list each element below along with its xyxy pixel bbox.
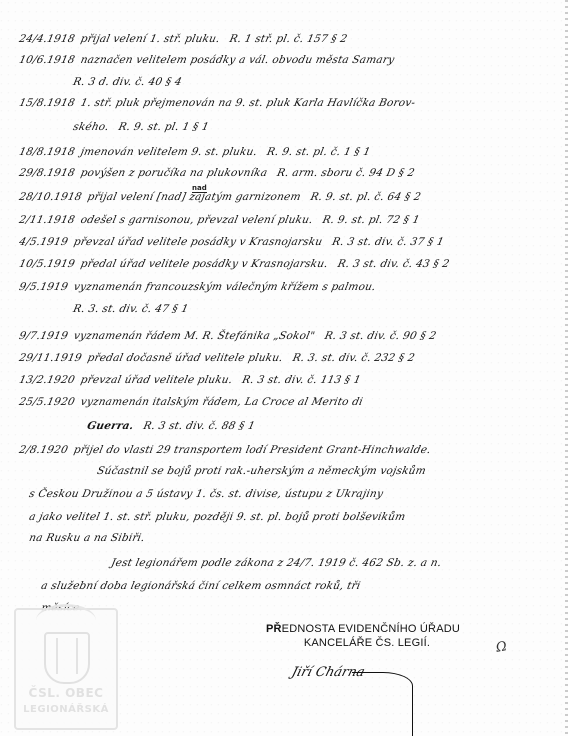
entry-reference: R. 3 st. div. č. 88 § 1: [142, 420, 256, 432]
entry-text: naznačen velitelem posádky a vál. obvodu…: [79, 54, 395, 66]
entry-text: přijal velení [nad] zajatým garnizonem: [86, 191, 302, 203]
entry-date: 2/11.1918: [18, 214, 76, 226]
entry-date: 10/6.1918: [18, 54, 76, 66]
entry-continuation: ského.R. 9. st. pl. 1 § 1: [72, 121, 210, 133]
entry-line: 28/10.1918přijal velení [nad] zajatým ga…: [18, 191, 422, 203]
entry-reference: R. 9. st. pl. 1 § 1: [117, 121, 210, 133]
narrative-line: Súčastnil se bojů proti rak.-uherským a …: [96, 465, 427, 477]
stamp-line-1: PŘEDNOSTA EVIDENČNÍHO ÚŘADU: [254, 622, 472, 636]
entry-date: 9/5.1919: [18, 281, 69, 293]
entry-date: 18/8.1918: [18, 146, 76, 158]
watermark-text: ČSL. OBEC: [16, 686, 116, 700]
entry-text: ského.: [72, 121, 110, 133]
entry-text: 1. stř. pluk přejmenován na 9. st. pluk …: [79, 97, 416, 109]
entry-text: vyznamenán francouzským válečným křížem …: [73, 281, 377, 293]
entry-text: přijal velení 1. stř. pluku.: [79, 33, 220, 45]
entry-date: 4/5.1919: [18, 236, 69, 248]
stamp-bold-prefix: PŘ: [266, 623, 282, 635]
narrative-line: s Českou Družinou a 5 ústavy 1. čs. st. …: [28, 488, 384, 500]
entry-reference: R. 3 st. div. č. 37 § 1: [331, 236, 445, 248]
signature-flourish: [352, 672, 413, 736]
entry-line: 18/8.1918jmenován velitelem 9. st. pluku…: [18, 146, 372, 158]
entry-line: 2/11.1918odešel s garnisonou, převzal ve…: [18, 214, 421, 226]
entry-line: 29/11.1919předal dočasně úřad velitele p…: [18, 352, 416, 364]
entry-date: 24/4.1918: [18, 33, 76, 45]
entry-text: přijel do vlasti 29 transportem lodí Pre…: [73, 444, 432, 456]
entry-text: převzal úřad velitele pluku.: [79, 374, 233, 386]
entry-line: 9/5.1919vyznamenán francouzským válečným…: [18, 281, 377, 293]
entry-reference: R. 3 st. div. č. 90 § 2: [323, 330, 437, 342]
narrative-line: a jako velitel 1. st. stř. pluku, pozděj…: [28, 511, 407, 523]
entry-text: převzal úřad velitele posádky v Krasnoja…: [73, 236, 324, 248]
stamp-title: EDNOSTA EVIDENČNÍHO ÚŘADU: [282, 623, 460, 635]
entry-line: 29/8.1918povýšen z poručíka na plukovník…: [18, 167, 416, 179]
entry-line: 9/7.1919vyznamenán řádem M. R. Štefánika…: [18, 330, 437, 342]
legion-association-watermark-logo: ČSL. OBEC LEGIONÁŘSKÁ: [14, 608, 118, 730]
entry-text: předal úřad velitele posádky v Krasnojar…: [79, 258, 329, 270]
entry-reference: R. 3 st. div. č. 113 § 1: [241, 374, 362, 386]
entry-date: 29/11.1919: [18, 352, 83, 364]
narrative-line: na Rusku a na Sibiři.: [28, 532, 146, 544]
entry-text: vyznamenán řádem M. R. Štefánika „Sokol": [73, 330, 316, 342]
scanned-document-page: 24/4.1918přijal velení 1. stř. pluku.R. …: [0, 0, 568, 736]
closing-line: Jest legionářem podle zákona z 24/7. 191…: [110, 557, 443, 569]
stamp-line-2: KANCELÁŘE ČS. LEGIÍ.: [262, 636, 472, 650]
entry-text: jmenován velitelem 9. st. pluku.: [79, 146, 258, 158]
entry-text: odešel s garnisonou, převzal velení pluk…: [79, 214, 313, 226]
entry-text: povýšen z poručíka na plukovníka: [79, 167, 268, 179]
entry-line: 10/6.1918naznačen velitelem posádky a vá…: [18, 54, 396, 66]
watermark-text: LEGIONÁŘSKÁ: [16, 704, 116, 715]
entry-text: vyznamenán italským řádem, La Croce al M…: [79, 396, 364, 408]
entry-reference: R. 3 d. div. č. 40 § 4: [72, 76, 183, 88]
entry-continuation: R. 3 d. div. č. 40 § 4: [72, 76, 183, 88]
entry-date: 25/5.1920: [18, 396, 76, 408]
entry-reference: R. 9. st. pl. 72 § 1: [321, 214, 421, 226]
entry-line: 24/4.1918přijal velení 1. stř. pluku.R. …: [18, 33, 348, 45]
closing-line: a služební doba legionářská činí celkem …: [40, 580, 362, 592]
entry-continuation: R. 3. st. div. č. 47 § 1: [72, 303, 190, 315]
entry-date: 13/2.1920: [18, 374, 76, 386]
entry-reference: R. 3. st. div. č. 47 § 1: [72, 303, 190, 315]
entry-line: 10/5.1919předal úřad velitele posádky v …: [18, 258, 451, 270]
entry-date: 9/7.1919: [18, 330, 69, 342]
entry-line: 2/8.1920přijel do vlasti 29 transportem …: [18, 444, 432, 456]
entry-continuation: Guerra.R. 3 st. div. č. 88 § 1: [86, 420, 256, 432]
entry-date: 10/5.1919: [18, 258, 76, 270]
entry-reference: R. 1 stř. pl. č. 157 § 2: [228, 33, 348, 45]
entry-line: 4/5.1919převzal úřad velitele posádky v …: [18, 236, 445, 248]
entry-reference: R. 3 st. div. č. 43 § 2: [337, 258, 451, 270]
entry-line: 15/8.19181. stř. pluk přejmenován na 9. …: [18, 97, 416, 109]
initials-mark: Ω: [495, 639, 508, 656]
entry-date: 15/8.1918: [18, 97, 76, 109]
entry-date: 29/8.1918: [18, 167, 76, 179]
shield-emblem-icon: [44, 632, 90, 684]
entry-text: Guerra.: [86, 420, 135, 432]
entry-line: 13/2.1920převzal úřad velitele pluku.R. …: [18, 374, 362, 386]
entry-text: předal dočasně úřad velitele pluku.: [86, 352, 284, 364]
entry-date: 28/10.1918: [18, 191, 83, 203]
entry-reference: R. arm. sboru č. 94 D § 2: [276, 167, 416, 179]
entry-reference: R. 9. st. pl. č. 64 § 2: [309, 191, 422, 203]
entry-line: 25/5.1920vyznamenán italským řádem, La C…: [18, 396, 364, 408]
official-stamp: PŘEDNOSTA EVIDENČNÍHO ÚŘADU KANCELÁŘE ČS…: [262, 622, 472, 650]
entry-reference: R. 9. st. pl. č. 1 § 1: [266, 146, 372, 158]
entry-date: 2/8.1920: [18, 444, 69, 456]
entry-reference: R. 3. st. div. č. 232 § 2: [291, 352, 415, 364]
